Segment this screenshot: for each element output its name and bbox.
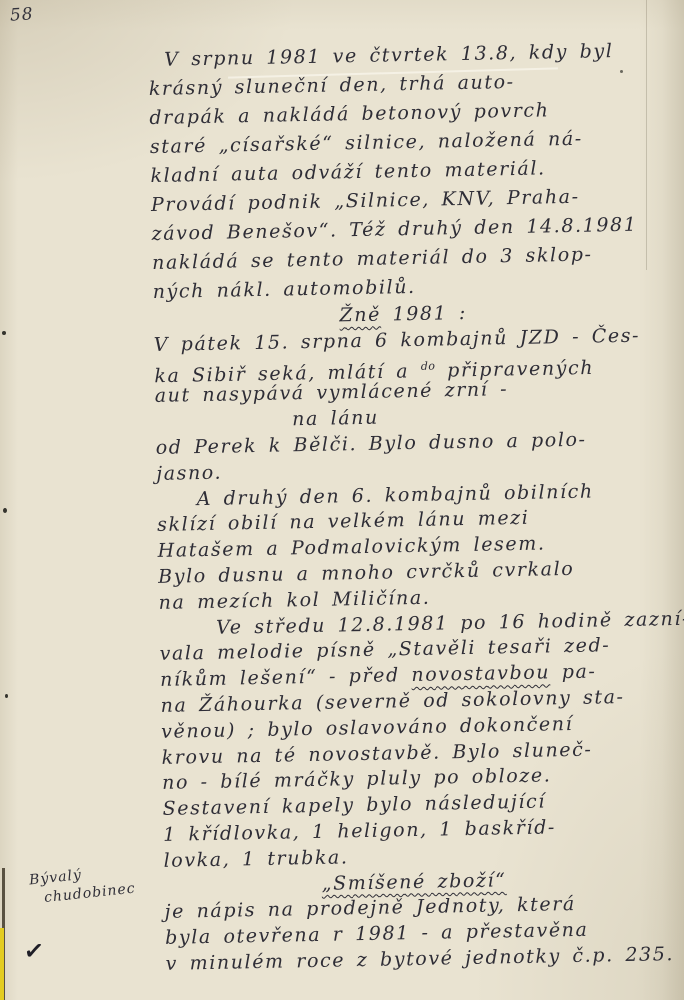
cover-edge-yellow — [0, 928, 4, 1000]
ink-speck — [3, 508, 7, 513]
heading-underlined-word: Žně — [339, 304, 381, 327]
check-mark: ✓ — [23, 935, 46, 966]
margin-note: Bývalý chudobinec — [28, 861, 136, 910]
line-segment: níkům lešení“ - před — [160, 664, 412, 691]
line-segment: pa- — [550, 661, 597, 684]
ink-speck — [2, 331, 6, 335]
ink-speck — [5, 694, 8, 698]
page-number: 58 — [9, 4, 34, 26]
heading-underlined-text: „Smíšené zboží“ — [321, 869, 506, 895]
heading-rest: 1981 : — [381, 302, 467, 326]
handwritten-text-block: V srpnu 1981 ve čtvrtek 13.8, kdy byl kr… — [148, 36, 666, 977]
inserted-word-above-line: do — [421, 359, 436, 372]
chronicle-page-scan: 58 V srpnu 1981 ve čtvrtek 13.8, kdy byl… — [0, 0, 684, 1000]
emphasized-word: novostavbou — [411, 662, 550, 687]
